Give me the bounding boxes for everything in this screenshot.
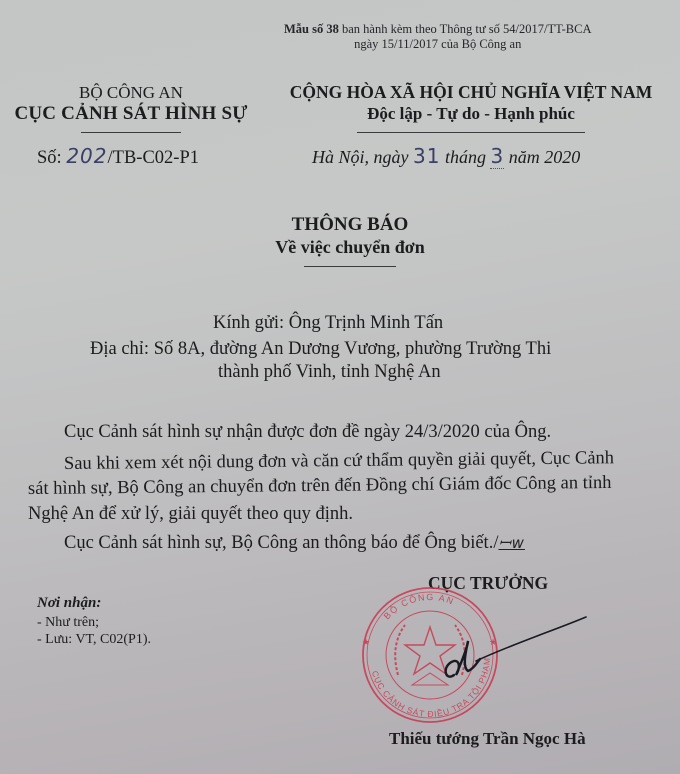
nation-title: CỘNG HÒA XÃ HỘI CHỦ NGHĨA VIỆT NAM xyxy=(262,82,680,103)
body-paragraph-1: Cục Cảnh sát hình sự nhận được đơn đề ng… xyxy=(64,420,551,445)
document-title-block: THÔNG BÁO Về việc chuyển đơn xyxy=(200,214,500,267)
ministry-name: BỘ CÔNG AN xyxy=(0,83,262,103)
form-reference-date: ngày 15/11/2017 của Bộ Công an xyxy=(284,37,591,52)
document-title: THÔNG BÁO xyxy=(200,214,500,236)
body-paragraph-2-line-3: Nghệ An để xử lý, giải quyết theo quy đị… xyxy=(28,502,353,527)
body-paragraph-3: Cục Cảnh sát hình sự, Bộ Công an thông b… xyxy=(64,531,525,556)
form-reference: ban hành kèm theo Thông tư số 54/2017/TT… xyxy=(339,22,592,36)
signer-name: Thiếu tướng Trần Ngọc Hà xyxy=(389,729,586,749)
official-seal-icon: BỘ CÔNG AN CỤC CẢNH SÁT ĐIỀU TRA TỘI PHẠ… xyxy=(362,588,497,722)
salutation: Kính gửi: Ông Trịnh Minh Tấn xyxy=(213,311,443,336)
handwritten-month: 3 xyxy=(490,144,504,169)
form-number: Mẫu số 38 xyxy=(284,22,339,36)
official-seal-and-signature: BỘ CÔNG AN CỤC CẢNH SÁT ĐIỀU TRA TỘI PHẠ… xyxy=(350,585,670,725)
handwritten-number: 202 xyxy=(66,144,107,168)
recipients-label: Nơi nhận: xyxy=(37,595,151,612)
address-line-2: thành phố Vinh, tỉnh Nghệ An xyxy=(218,360,441,385)
form-reference-note: Mẫu số 38 ban hành kèm theo Thông tư số … xyxy=(284,22,591,52)
handwritten-initials: ꟷw xyxy=(498,534,524,552)
place-date: Hà Nội, ngày 31 tháng 3 năm 2020 xyxy=(312,144,580,168)
address-line-1: Địa chỉ: Số 8A, đường An Dương Vương, ph… xyxy=(90,337,551,362)
department-name: CỤC CẢNH SÁT HÌNH SỰ xyxy=(0,103,262,125)
svg-text:BỘ CÔNG AN: BỘ CÔNG AN xyxy=(382,592,456,621)
body-paragraph-2-line-2: sát hình sự, Bộ Công an chuyển đơn trên … xyxy=(28,471,612,502)
national-motto: Độc lập - Tự do - Hạnh phúc xyxy=(262,103,680,125)
header-right-divider xyxy=(357,132,585,133)
handwritten-day: 31 xyxy=(413,144,440,168)
document-number: Số: 202/TB-C02-P1 xyxy=(37,144,199,169)
document-subject: Về việc chuyển đơn xyxy=(200,236,500,258)
title-divider xyxy=(304,266,396,267)
svg-text:★: ★ xyxy=(489,637,497,647)
header-left-divider xyxy=(81,132,181,133)
recipient-item: - Như trên; xyxy=(37,614,151,631)
national-header: CỘNG HÒA XÃ HỘI CHỦ NGHĨA VIỆT NAM Độc l… xyxy=(262,82,680,133)
signature-icon xyxy=(446,617,586,677)
issuing-agency-header: BỘ CÔNG AN CỤC CẢNH SÁT HÌNH SỰ xyxy=(0,83,262,133)
recipient-item: - Lưu: VT, C02(P1). xyxy=(37,631,151,648)
recipients-block: Nơi nhận: - Như trên; - Lưu: VT, C02(P1)… xyxy=(37,595,151,648)
svg-text:★: ★ xyxy=(362,637,370,647)
